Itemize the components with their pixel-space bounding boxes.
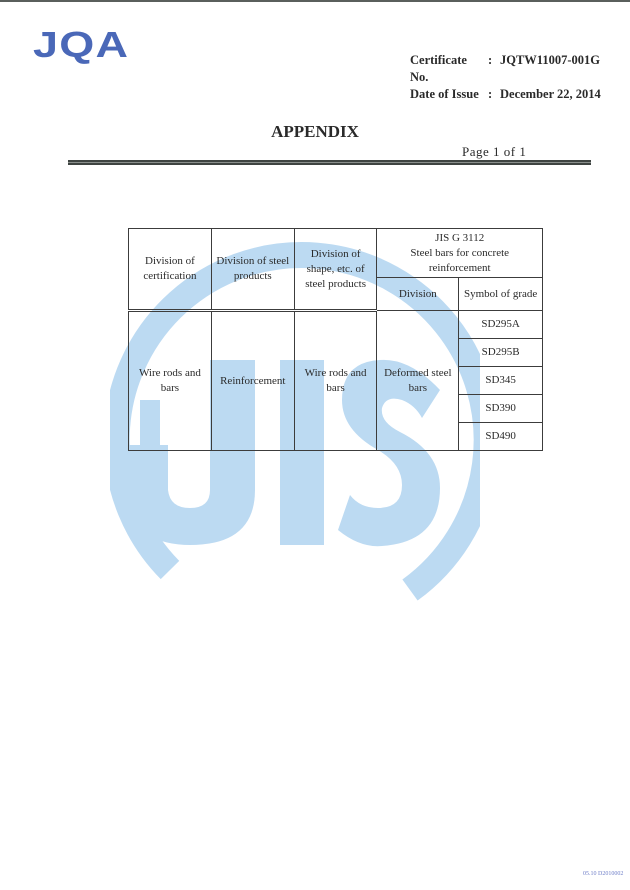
date-of-issue-label: Date of Issue (410, 86, 488, 103)
header-division: Division (377, 278, 459, 311)
cell-division-of-certification: Wire rods and bars (129, 311, 212, 451)
cell-grade: SD390 (459, 395, 543, 423)
standard-name: Steel bars for concrete reinforcement (379, 246, 540, 276)
cell-grade: SD295A (459, 311, 543, 339)
table-row: Wire rods and bars Reinforcement Wire ro… (129, 311, 543, 339)
separator: : (488, 86, 500, 103)
header-division-of-certification: Division of certification (129, 229, 212, 311)
separator: : (488, 52, 500, 86)
page-indicator: Page 1 of 1 (462, 144, 526, 160)
certificate-number-label: Certificate No. (410, 52, 488, 86)
page-title: APPENDIX (0, 122, 630, 142)
top-border (0, 0, 630, 2)
certificate-number-row: Certificate No. : JQTW11007-001G (410, 52, 601, 86)
standard-code: JIS G 3112 (379, 231, 540, 246)
cell-grade: SD490 (459, 423, 543, 451)
date-of-issue-value: December 22, 2014 (500, 86, 601, 103)
header-division-of-steel-products: Division of steel products (211, 229, 294, 311)
certificate-number-value: JQTW11007-001G (500, 52, 600, 86)
jqa-logo: JQA (33, 24, 129, 66)
cell-division: Deformed steel bars (377, 311, 459, 451)
header-standard: JIS G 3112 Steel bars for concrete reinf… (377, 229, 543, 278)
appendix-table: Division of certification Division of st… (128, 228, 543, 451)
header-division-of-shape: Division of shape, etc. of steel product… (294, 229, 377, 311)
cell-grade: SD295B (459, 339, 543, 367)
title-rule (68, 160, 591, 165)
cell-division-of-steel-products: Reinforcement (211, 311, 294, 451)
date-of-issue-row: Date of Issue : December 22, 2014 (410, 86, 601, 103)
cell-division-of-shape: Wire rods and bars (294, 311, 377, 451)
footer-code: 05.10 D2010002 (583, 871, 623, 877)
header-symbol-of-grade: Symbol of grade (459, 278, 543, 311)
cell-grade: SD345 (459, 367, 543, 395)
certificate-meta: Certificate No. : JQTW11007-001G Date of… (410, 52, 601, 103)
